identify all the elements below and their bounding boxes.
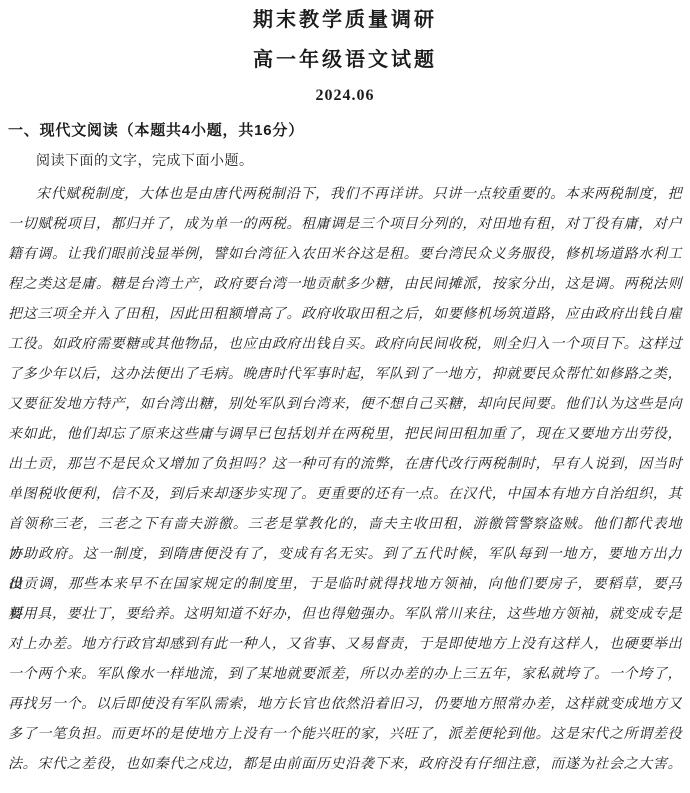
passage-line: 要用具，要壮丁，要给养。这明知道不好办，但也得勉强办。军队常川来往，这些地方领袖…: [8, 600, 682, 630]
passage-line: 宋代赋税制度，大体也是由唐代两税制沿下，我们不再详讲。只讲一点较重要的。本来两税…: [8, 180, 682, 210]
reading-instruction: 阅读下面的文字，完成下面小题。: [8, 151, 682, 169]
passage-line: 工役。如政府需要糖或其他物品，也应由政府出钱自买。政府向民间收税，则全归入一个项…: [8, 330, 682, 360]
passage-line: 协助政府。这一制度，到隋唐便没有了，变成有名无实。到了五代时候，军队每到一地方，…: [8, 540, 682, 570]
passage-line: 一切赋税项目，都归并了，成为单一的两税。租庸调是三个项目分列的，对田地有租，对丁…: [8, 210, 682, 240]
passage-line: 一个两个来。军队像水一样地流，到了某地就要派差，所以办差的办上三五年，家私就垮了…: [8, 660, 682, 690]
passage-line: 对上办差。地方行政官却感到有此一种人，又省事、又易督责，于是即使地方上没有这样人…: [8, 630, 682, 660]
paper-date: 2024.06: [8, 87, 682, 104]
exam-paper-page: 期末教学质量调研 高一年级语文试题 2024.06 一、现代文阅读（本题共4小题…: [0, 0, 690, 793]
paper-title: 期末教学质量调研: [8, 8, 682, 32]
section-one-heading: 一、现代文阅读（本题共4小题，共16分）: [8, 121, 682, 140]
passage-line: 了多少年以后，这办法便出了毛病。晚唐时代军事时起，军队到了一地方，抑就要民众帮忙…: [8, 360, 682, 390]
passage-line: 多了一笔负担。而更坏的是使地方上没有一个能兴旺的家，兴旺了，派差便轮到他。这是宋…: [8, 720, 682, 750]
passage-line: 程之类这是庸。糖是台湾土产，政府要台湾一地贡献多少糖，由民间摊派，按家分出，这是…: [8, 270, 682, 300]
passage-line: 把这三项全并入了田租，因此田租额增高了。政府收取田租之后，如要修机场筑道路，应由…: [8, 300, 682, 330]
passage-line: 籍有调。让我们眼前浅显举例，譬如台湾征入农田米谷这是租。要台湾民众义务服役，修机…: [8, 240, 682, 270]
passage-line: 单图税收便利，信不及，到后来却逐步实现了。更重要的还有一点。在汉代，中国本有地方…: [8, 480, 682, 510]
passage-line: 出土贡，那岂不是民众又增加了负担吗？这一种可有的流弊，在唐代改行两税制时，早有人…: [8, 450, 682, 480]
passage-line: 又要征发地方特产，如台湾出糖，别处军队到台湾来，便不想自己买糖，却向民间要。他们…: [8, 390, 682, 420]
reading-passage: 宋代赋税制度，大体也是由唐代两税制沿下，我们不再详讲。只讲一点较重要的。本来两税…: [8, 180, 682, 780]
passage-line: 首领称三老，三老之下有啬夫游徼。三老是掌教化的，啬夫主收田租，游徼管警察盗贼。他…: [8, 510, 682, 540]
passage-line: 出贡调，那些本来早不在国家规定的制度里，于是临时就得找地方领袖，向他们要房子，要…: [8, 570, 682, 600]
passage-line: 来如此，他们却忘了原来这些庸与调早已包括划并在两税里，把民间田租加重了，现在又要…: [8, 420, 682, 450]
paper-subtitle: 高一年级语文试题: [8, 48, 682, 72]
passage-line: 法。宋代之差役，也如秦代之戍边，都是由前面历史沿袭下来，政府没有仔细注意，而遂为…: [8, 750, 682, 780]
passage-line: 再找另一个。以后即使没有军队需索，地方长官也依然沿着旧习，仍要地方照常办差，这样…: [8, 690, 682, 720]
